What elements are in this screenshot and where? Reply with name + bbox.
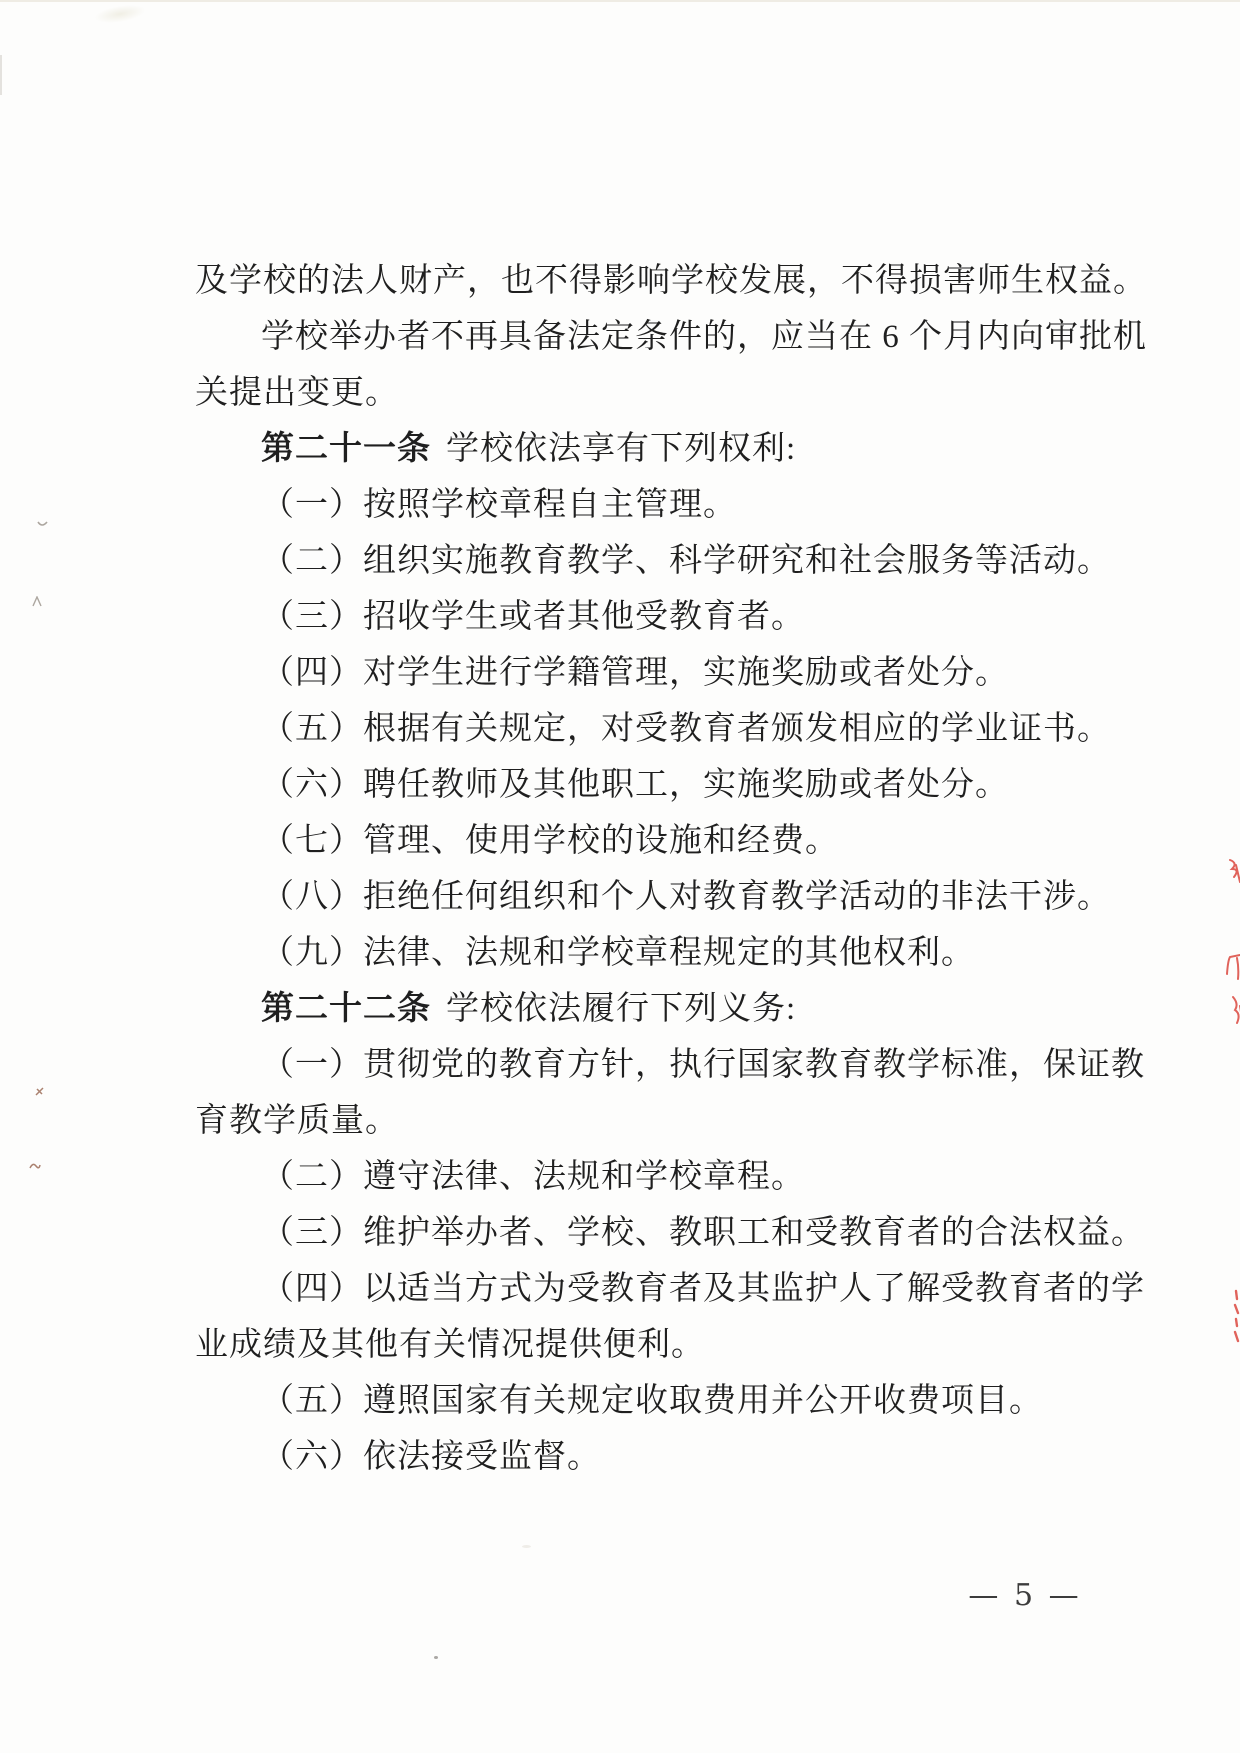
margin-mark [32, 596, 44, 608]
text-line: （五）遵照国家有关规定收取费用并公开收费项目。 [195, 1373, 1085, 1429]
text-line: 学校举办者不再具备法定条件的，应当在 6 个月内向审批机 [195, 309, 1085, 365]
article-heading-text: 学校依法享有下列权利: [446, 431, 796, 467]
scan-edge-line [0, 0, 1240, 2]
scan-speck [522, 1545, 531, 1548]
scan-smudge [87, 0, 153, 29]
text-line: （五）根据有关规定，对受教育者颁发相应的学业证书。 [195, 701, 1085, 757]
scan-speck [434, 1656, 438, 1659]
text-line: （四）以适当方式为受教育者及其监护人了解受教育者的学 [195, 1261, 1085, 1317]
article-number: 第二十二条 [261, 991, 431, 1027]
text-line: 关提出变更。 [195, 365, 1085, 421]
text-line: （八）拒绝任何组织和个人对教育教学活动的非法干涉。 [195, 869, 1085, 925]
scan-edge-sliver [0, 55, 2, 95]
text-line: （六）依法接受监督。 [195, 1429, 1085, 1485]
text-line: （六）聘任教师及其他职工，实施奖励或者处分。 [195, 757, 1085, 813]
article-heading-line: 第二十二条学校依法履行下列义务: [195, 981, 1085, 1037]
page-number: — 5 — [960, 1578, 1090, 1613]
article-heading-text: 学校依法履行下列义务: [446, 991, 796, 1027]
text-line: （一）贯彻党的教育方针，执行国家教育教学标准，保证教 [195, 1037, 1085, 1093]
text-line: 及学校的法人财产，也不得影响学校发展，不得损害师生权益。 [195, 253, 1085, 309]
text-line: （七）管理、使用学校的设施和经费。 [195, 813, 1085, 869]
text-line: （四）对学生进行学籍管理，实施奖励或者处分。 [195, 645, 1085, 701]
document-page: 及学校的法人财产，也不得影响学校发展，不得损害师生权益。 学校举办者不再具备法定… [0, 0, 1240, 1753]
margin-mark [37, 519, 49, 529]
red-ink-fragment [1225, 952, 1240, 982]
body-text: 及学校的法人财产，也不得影响学校发展，不得损害师生权益。 学校举办者不再具备法定… [195, 253, 1085, 1485]
text-line: （九）法律、法规和学校章程规定的其他权利。 [195, 925, 1085, 981]
text-line: （二）遵守法律、法规和学校章程。 [195, 1149, 1085, 1205]
margin-mark [29, 1161, 41, 1171]
article-number: 第二十一条 [261, 431, 431, 467]
text-line: 育教学质量。 [195, 1093, 1085, 1149]
margin-mark [34, 1086, 46, 1098]
red-ink-fragment [1228, 994, 1240, 1026]
text-line: （一）按照学校章程自主管理。 [195, 477, 1085, 533]
red-ink-fragment [1232, 1289, 1240, 1347]
article-heading-line: 第二十一条学校依法享有下列权利: [195, 421, 1085, 477]
text-line: （三）招收学生或者其他受教育者。 [195, 589, 1085, 645]
text-line: （三）维护举办者、学校、教职工和受教育者的合法权益。 [195, 1205, 1085, 1261]
text-line: 业成绩及其他有关情况提供便利。 [195, 1317, 1085, 1373]
red-ink-fragment [1226, 857, 1240, 885]
text-line: （二）组织实施教育教学、科学研究和社会服务等活动。 [195, 533, 1085, 589]
